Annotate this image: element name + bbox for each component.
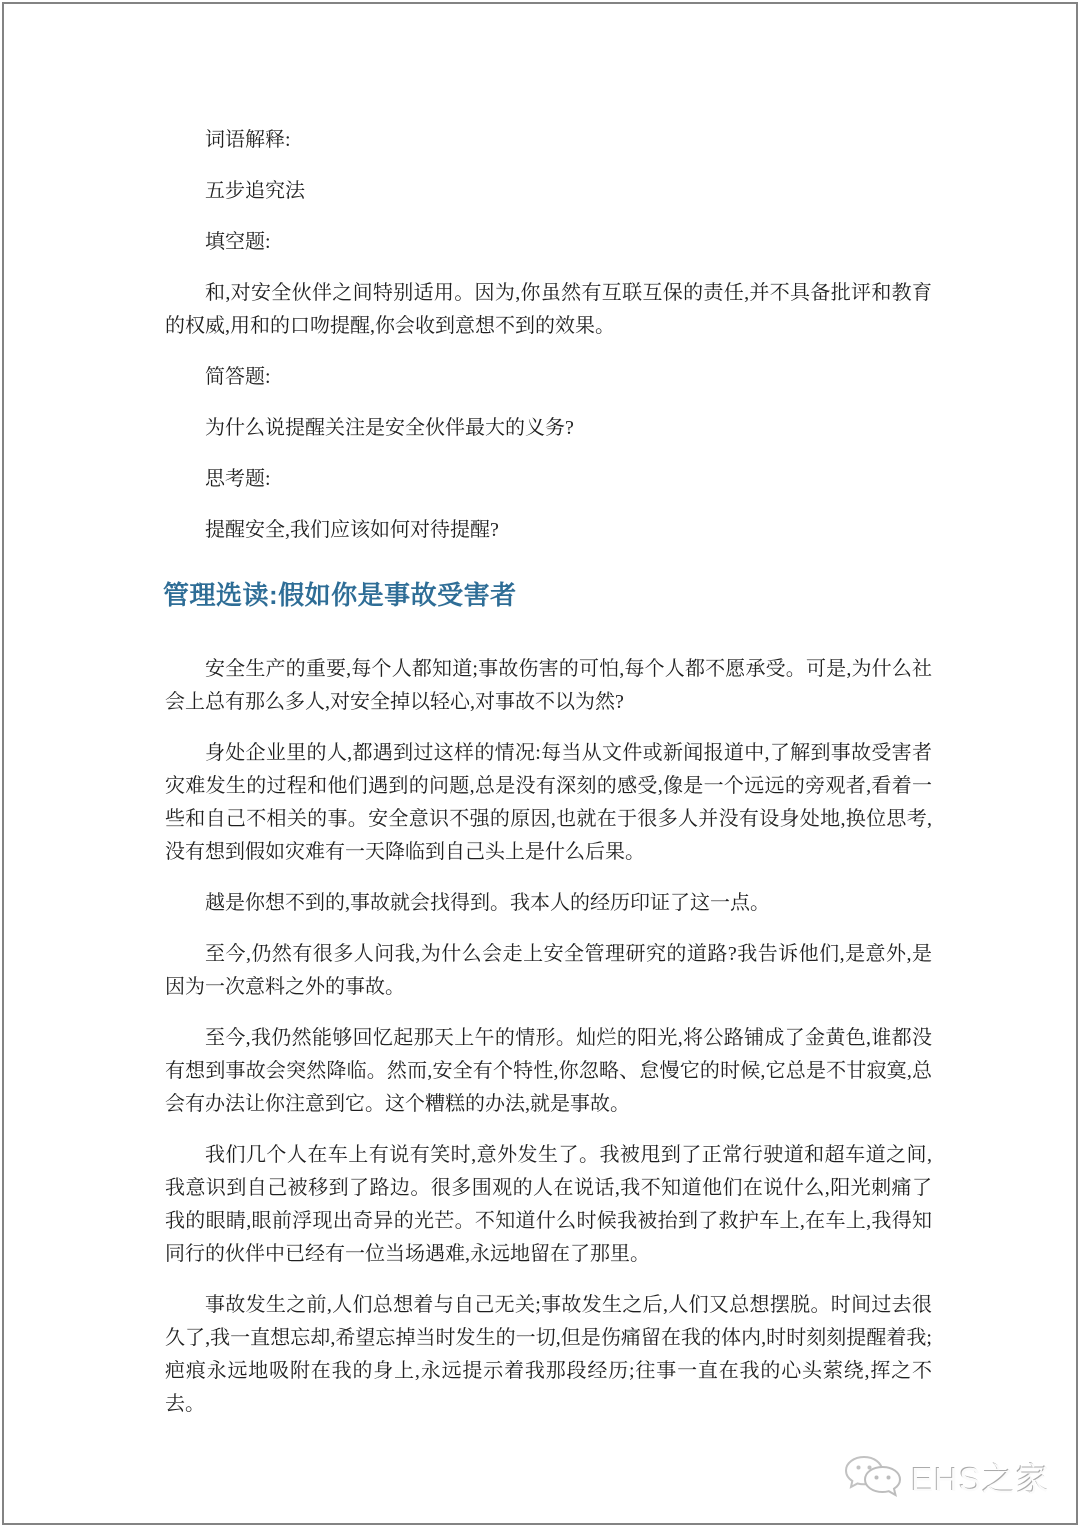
body-paragraph: 至今,仍然有很多人问我,为什么会走上安全管理研究的道路?我告诉他们,是意外,是因… [165, 938, 932, 1004]
body-paragraph: 事故发生之前,人们总想着与自己无关;事故发生之后,人们又总想摆脱。时间过去很久了… [165, 1289, 932, 1421]
body-paragraph: 越是你想不到的,事故就会找得到。我本人的经历印证了这一点。 [165, 887, 932, 920]
watermark: EHS之家 [842, 1453, 1050, 1501]
label-fill-in-blank: 填空题: [165, 226, 932, 259]
term-five-step-method: 五步追究法 [165, 175, 932, 208]
body-paragraph: 我们几个人在车上有说有笑时,意外发生了。我被甩到了正常行驶道和超车道之间,我意识… [165, 1139, 932, 1271]
think-question: 提醒安全,我们应该如何对待提醒? [165, 514, 932, 547]
document-body: 词语解释: 五步追究法 填空题: 和,对安全伙伴之间特别适用。因为,你虽然有互联… [165, 124, 932, 1439]
short-answer-question: 为什么说提醒关注是安全伙伴最大的义务? [165, 412, 932, 445]
label-word-explanation: 词语解释: [165, 124, 932, 157]
body-paragraph: 身处企业里的人,都遇到过这样的情况:每当从文件或新闻报道中,了解到事故受害者灾难… [165, 737, 932, 869]
fill-in-blank-paragraph: 和,对安全伙伴之间特别适用。因为,你虽然有互联互保的责任,并不具备批评和教育的权… [165, 277, 932, 343]
wechat-icon [842, 1453, 904, 1501]
body-paragraph: 安全生产的重要,每个人都知道;事故伤害的可怕,每个人都不愿承受。可是,为什么社会… [165, 653, 932, 719]
label-short-answer: 简答题: [165, 361, 932, 394]
label-think-question: 思考题: [165, 463, 932, 496]
section-heading: 管理选读:假如你是事故受害者 [163, 577, 932, 613]
body-paragraph: 至今,我仍然能够回忆起那天上午的情形。灿烂的阳光,将公路铺成了金黄色,谁都没有想… [165, 1022, 932, 1121]
watermark-label: EHS之家 [911, 1454, 1050, 1501]
